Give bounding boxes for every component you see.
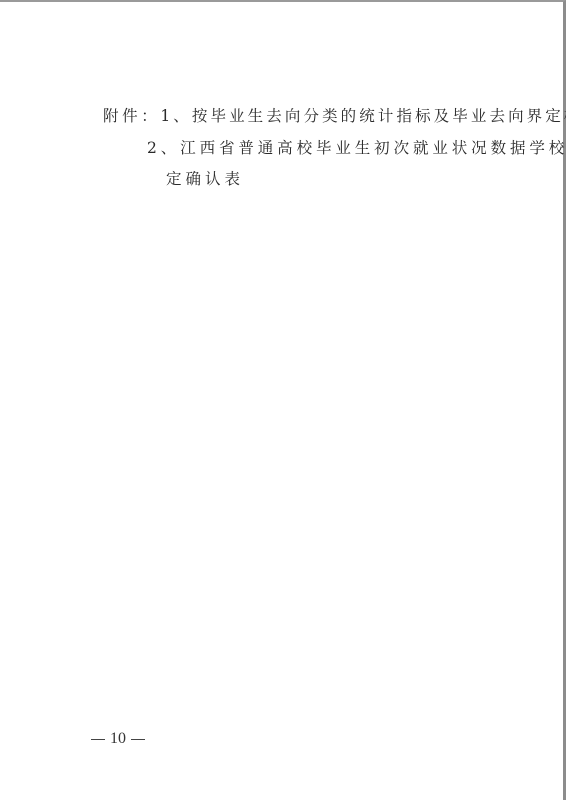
attachment-2-title-continuation: 定确认表 xyxy=(166,170,244,188)
page-footer: 10 xyxy=(86,729,150,749)
attachment-line-3: 定确认表 xyxy=(166,169,244,189)
attachment-2-number: 2、 xyxy=(147,139,180,157)
page-number: 10 xyxy=(110,730,126,747)
right-dash xyxy=(131,739,145,740)
attachment-2-title: 江西省普通高校毕业生初次就业状况数据学校核 xyxy=(180,139,566,157)
attachment-1-title: 按毕业生去向分类的统计指标及毕业去向界定标准 xyxy=(192,107,566,125)
attachments-label: 附件： xyxy=(103,107,160,125)
left-dash xyxy=(91,739,105,740)
document-page: 附件：1、按毕业生去向分类的统计指标及毕业去向界定标准 2、江西省普通高校毕业生… xyxy=(0,0,566,800)
attachment-1-number: 1、 xyxy=(160,107,192,125)
attachment-line-2: 2、江西省普通高校毕业生初次就业状况数据学校核 xyxy=(147,138,566,158)
attachment-line-1: 附件：1、按毕业生去向分类的统计指标及毕业去向界定标准 xyxy=(103,106,566,126)
